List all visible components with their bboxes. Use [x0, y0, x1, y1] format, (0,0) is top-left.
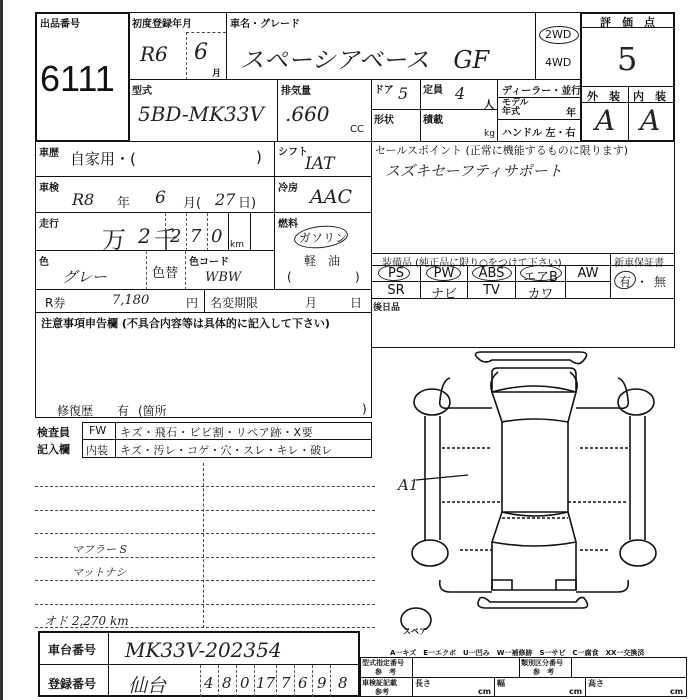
warranty-sep: ・	[636, 273, 648, 290]
interior-grade: A	[640, 104, 660, 137]
length-label: 長さ	[415, 678, 431, 689]
mileage-divider	[228, 213, 229, 251]
reg-digit-divider	[200, 665, 201, 697]
fuel-diesel[interactable]: 軽 油	[304, 252, 340, 269]
first-registration-label: 初度登録年月	[132, 15, 192, 30]
name-change-label: 名変期限	[210, 294, 258, 311]
equip-aw[interactable]: AW	[566, 266, 610, 281]
inspection-day: 27	[215, 190, 235, 209]
color-divider	[146, 251, 147, 290]
fuel-other-open: (	[287, 270, 292, 284]
mileage-divider	[165, 213, 166, 251]
reg-digit: 6	[298, 674, 308, 692]
note-line	[35, 533, 375, 534]
drive-2wd[interactable]: 2WD	[545, 28, 571, 41]
model-year-label: モデル年式	[502, 99, 532, 117]
inspection-year-unit: 年	[117, 192, 130, 211]
reg-digit: 17	[256, 674, 275, 692]
color-label: 色	[39, 253, 49, 268]
reg-region: 仙台	[128, 671, 166, 698]
warranty-yes[interactable]: 有	[619, 273, 631, 290]
repair-label: 修復歴	[57, 402, 93, 419]
capacity-label: 定員	[423, 81, 443, 96]
car-damage-diagram[interactable]	[370, 340, 700, 630]
equip-sr[interactable]: SR	[372, 283, 420, 298]
fuel-other-close: )	[355, 270, 360, 284]
reg-digit-divider	[254, 665, 255, 697]
score-value: 5	[617, 40, 637, 78]
recycle-value: 7,180	[112, 293, 149, 308]
note-line	[35, 604, 375, 605]
yen-unit: 円	[186, 294, 198, 311]
reg-digit: 4	[204, 674, 214, 692]
width-label: 幅	[497, 678, 505, 689]
displacement-label: 排気量	[281, 82, 311, 97]
note-line	[35, 580, 375, 581]
model-year-unit: 年	[566, 104, 576, 119]
displacement-unit: CC	[350, 124, 364, 135]
mileage-digit-1: 2	[138, 224, 151, 248]
chassis-number: MK33V-202354	[125, 638, 282, 662]
mileage-divider	[207, 213, 208, 251]
drive-4wd[interactable]: 4WD	[545, 56, 571, 69]
shape-label: 形状	[374, 111, 394, 126]
note-line	[35, 557, 375, 558]
inspection-label: 車検	[39, 179, 59, 194]
warranty-label: 新車保証書	[614, 254, 664, 269]
sales-point-value: スズキセーフティサポート	[385, 160, 562, 181]
equipment-row-line	[371, 281, 611, 282]
note-line	[35, 510, 375, 511]
history-label: 車歴	[39, 144, 59, 159]
reg-digit-divider	[276, 665, 277, 697]
car-name-label: 車名・グレード	[230, 15, 300, 30]
reg-digit-divider	[218, 665, 219, 697]
first-registration-year: R6	[140, 42, 168, 66]
score-label-line	[580, 27, 675, 28]
color-code-label: 色コード	[189, 253, 229, 268]
displacement-value: .660	[285, 102, 330, 126]
reg-digit-divider	[294, 665, 295, 697]
equip-tv[interactable]: TV	[468, 283, 515, 298]
inspector-label-2: 記入欄	[37, 441, 70, 457]
left-margin-bar	[0, 0, 3, 700]
note-odometer: オド 2,270 km	[44, 612, 129, 629]
damage-annotation: A1	[398, 476, 418, 494]
warranty-no[interactable]: 無	[654, 273, 666, 290]
reg-divider	[186, 32, 187, 80]
equip-pw[interactable]: PW	[421, 266, 467, 281]
mileage-label: 走行	[39, 215, 59, 230]
mileage-divider	[186, 213, 187, 251]
mileage-digit-2: 2	[170, 226, 181, 247]
drive-box	[535, 12, 581, 80]
shift-label: シフト	[278, 143, 308, 158]
color-code: WBW	[205, 270, 241, 285]
recycle-label: R券	[45, 294, 65, 311]
reg-digit-divider	[330, 665, 331, 697]
ac-value: AAC	[310, 186, 352, 208]
chassis-label: 車台番号	[48, 641, 96, 658]
history-value: 自家用・(	[70, 148, 136, 169]
name-change-month: 月	[305, 294, 317, 311]
repair-value[interactable]: 有	[117, 402, 129, 419]
bottom-table-col-line	[571, 657, 572, 677]
bottom-table-col-line	[494, 677, 495, 697]
cert-sub: 参考	[375, 687, 389, 697]
equip-abs[interactable]: ABS	[468, 266, 515, 281]
color-value: グレー	[62, 266, 107, 287]
inspector-fw-items: キズ・飛石・ビビ割・リペア跡・X要	[120, 424, 313, 440]
fuel-gasoline[interactable]: ガソリン	[299, 229, 347, 246]
handle-label[interactable]: ハンドル 左・右	[502, 124, 575, 139]
equip-ps[interactable]: PS	[372, 266, 420, 281]
inspector-fw-label: FW	[89, 424, 106, 437]
inspection-month-unit: 月(	[183, 192, 201, 211]
month-unit: 月	[212, 66, 221, 79]
inspector-interior-label: 内装	[86, 442, 108, 458]
mileage-digit-4: 0	[211, 226, 222, 247]
capacity-value: 4	[455, 84, 465, 103]
first-registration-month: 6	[194, 40, 208, 65]
aftermarket-label: 後日品	[373, 300, 400, 313]
repair-place: (箇所	[138, 402, 167, 419]
inspection-month: 6	[155, 188, 166, 208]
model-code-label: 型式	[132, 82, 152, 97]
reg-digit: 8	[338, 674, 348, 692]
grade-label-line	[580, 102, 675, 103]
reg-digit-divider	[236, 665, 237, 697]
doors-label: ドア	[374, 81, 394, 96]
load-label: 積載	[423, 111, 443, 126]
reg-label: 登録番号	[48, 675, 96, 692]
reg-divider-top	[186, 32, 226, 33]
spare-label: スペア	[403, 626, 427, 637]
mileage-divider	[250, 213, 251, 251]
reg-digit-divider	[312, 665, 313, 697]
note-no-mat: マットナシ	[72, 564, 126, 580]
sales-point-label: セールスポイント (正常に機能するものに限ります)	[375, 142, 628, 158]
height-unit: cm	[670, 687, 683, 696]
inspector-label-1: 検査員	[37, 424, 70, 440]
notes-label: 注意事項申告欄 (不具合内容等は具体的に記入して下さい)	[41, 315, 330, 331]
color-divider	[185, 251, 186, 290]
model-code: 5BD-MK33V	[138, 102, 264, 126]
exterior-grade: A	[595, 104, 615, 137]
note-muffler: マフラー S	[72, 541, 127, 557]
name-change-day: 日	[350, 294, 362, 311]
inspector-interior-items: キズ・汚レ・コゲ・穴・スレ・キレ・破レ	[120, 442, 332, 458]
load-unit: kg	[484, 129, 495, 139]
bottom-table-col-line	[412, 657, 413, 697]
fuel-label: 燃料	[278, 215, 298, 230]
note-line	[35, 486, 375, 487]
bottom-table-row-line	[360, 677, 687, 678]
bottom-table-col-line	[585, 677, 586, 697]
inspection-day-unit: 日)	[238, 192, 256, 211]
lot-number-label: 出品番号	[40, 15, 80, 30]
ac-label: 冷房	[278, 179, 298, 194]
color-change-label: 色替	[152, 262, 178, 281]
lot-number: 6111	[40, 58, 115, 100]
length-unit: cm	[478, 687, 491, 696]
reg-digit: 7	[281, 674, 291, 692]
bottom-table-col-line	[519, 657, 520, 677]
mileage-digit-3: 7	[190, 226, 201, 247]
reg-digit: 0	[240, 674, 250, 692]
dealer-label[interactable]: ディーラー・並行	[502, 82, 581, 97]
mileage-unit: km	[230, 240, 244, 250]
type-designation-sub: 参 考	[375, 667, 396, 677]
doors-value: 5	[398, 84, 408, 103]
category-sub: 参 考	[533, 667, 554, 677]
grade-divider	[628, 86, 629, 141]
reg-digit: 9	[317, 674, 327, 692]
repair-close: )	[362, 402, 367, 416]
equipment-warranty-divider	[610, 253, 611, 299]
car-name: スペーシアベース GF	[240, 40, 489, 75]
height-label: 高さ	[588, 678, 604, 689]
inspection-year: R8	[72, 190, 94, 209]
width-unit: cm	[569, 687, 582, 696]
shift-value: IAT	[305, 154, 334, 174]
history-close: )	[256, 148, 262, 166]
reg-digit: 8	[222, 674, 232, 692]
